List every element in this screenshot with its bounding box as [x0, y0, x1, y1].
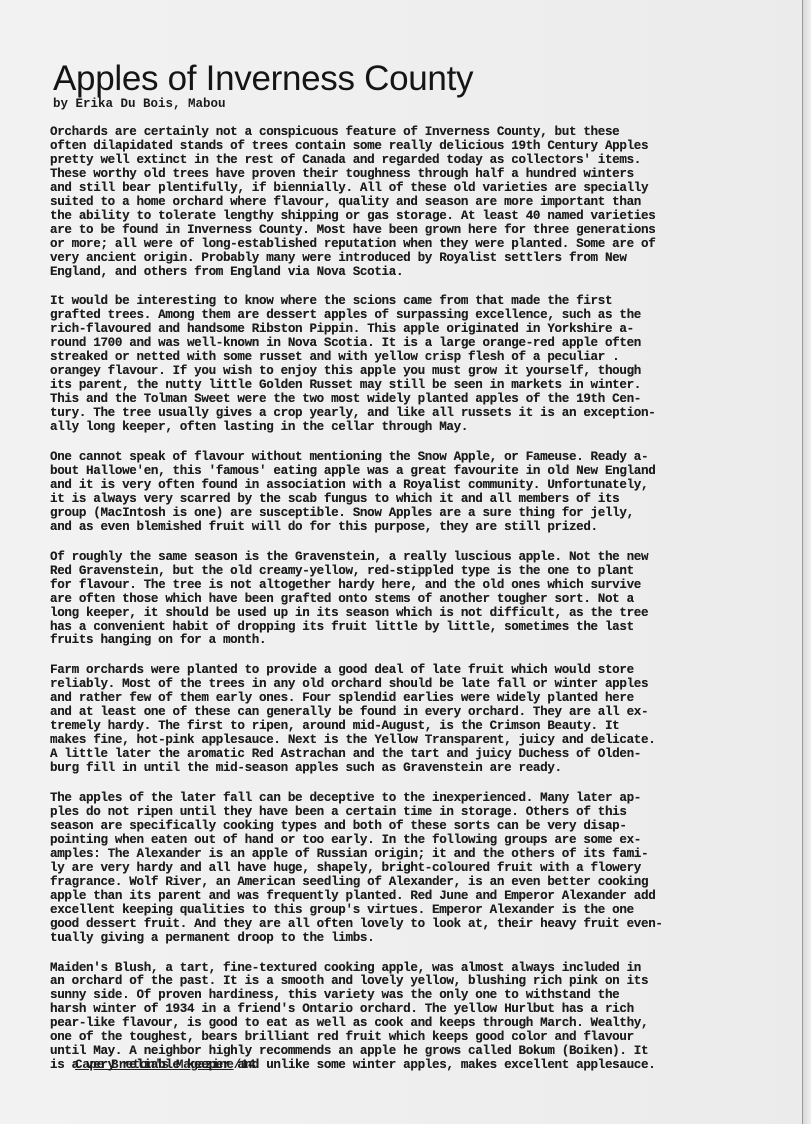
page-footer: Cape Breton's Magazine/14 — [75, 1058, 255, 1072]
paragraph-ribston-pippin: It would be interesting to know where th… — [50, 295, 790, 435]
paragraph-intro: Orchards are certainly not a conspicuous… — [50, 126, 790, 279]
paragraph-gravenstein: Of roughly the same season is the Graven… — [50, 551, 790, 649]
magazine-name: Cape Breton's Magazine — [75, 1058, 234, 1072]
paragraph-farm-orchards: Farm orchards were planted to provide a … — [50, 664, 790, 776]
page-edge — [802, 0, 811, 1124]
article-title: Apples of Inverness County — [53, 61, 473, 96]
article-byline: by Erika Du Bois, Mabou — [53, 97, 226, 111]
page-number: /14 — [234, 1058, 256, 1072]
paragraph-snow-apple: One cannot speak of flavour without ment… — [50, 451, 790, 535]
article-body: Orchards are certainly not a conspicuous… — [50, 126, 790, 1089]
paragraph-later-fall: The apples of the later fall can be dece… — [50, 792, 790, 945]
magazine-page: Apples of Inverness County by Erika Du B… — [0, 0, 811, 1124]
paragraph-maidens-blush: Maiden's Blush, a tart, fine-textured co… — [50, 962, 790, 1074]
